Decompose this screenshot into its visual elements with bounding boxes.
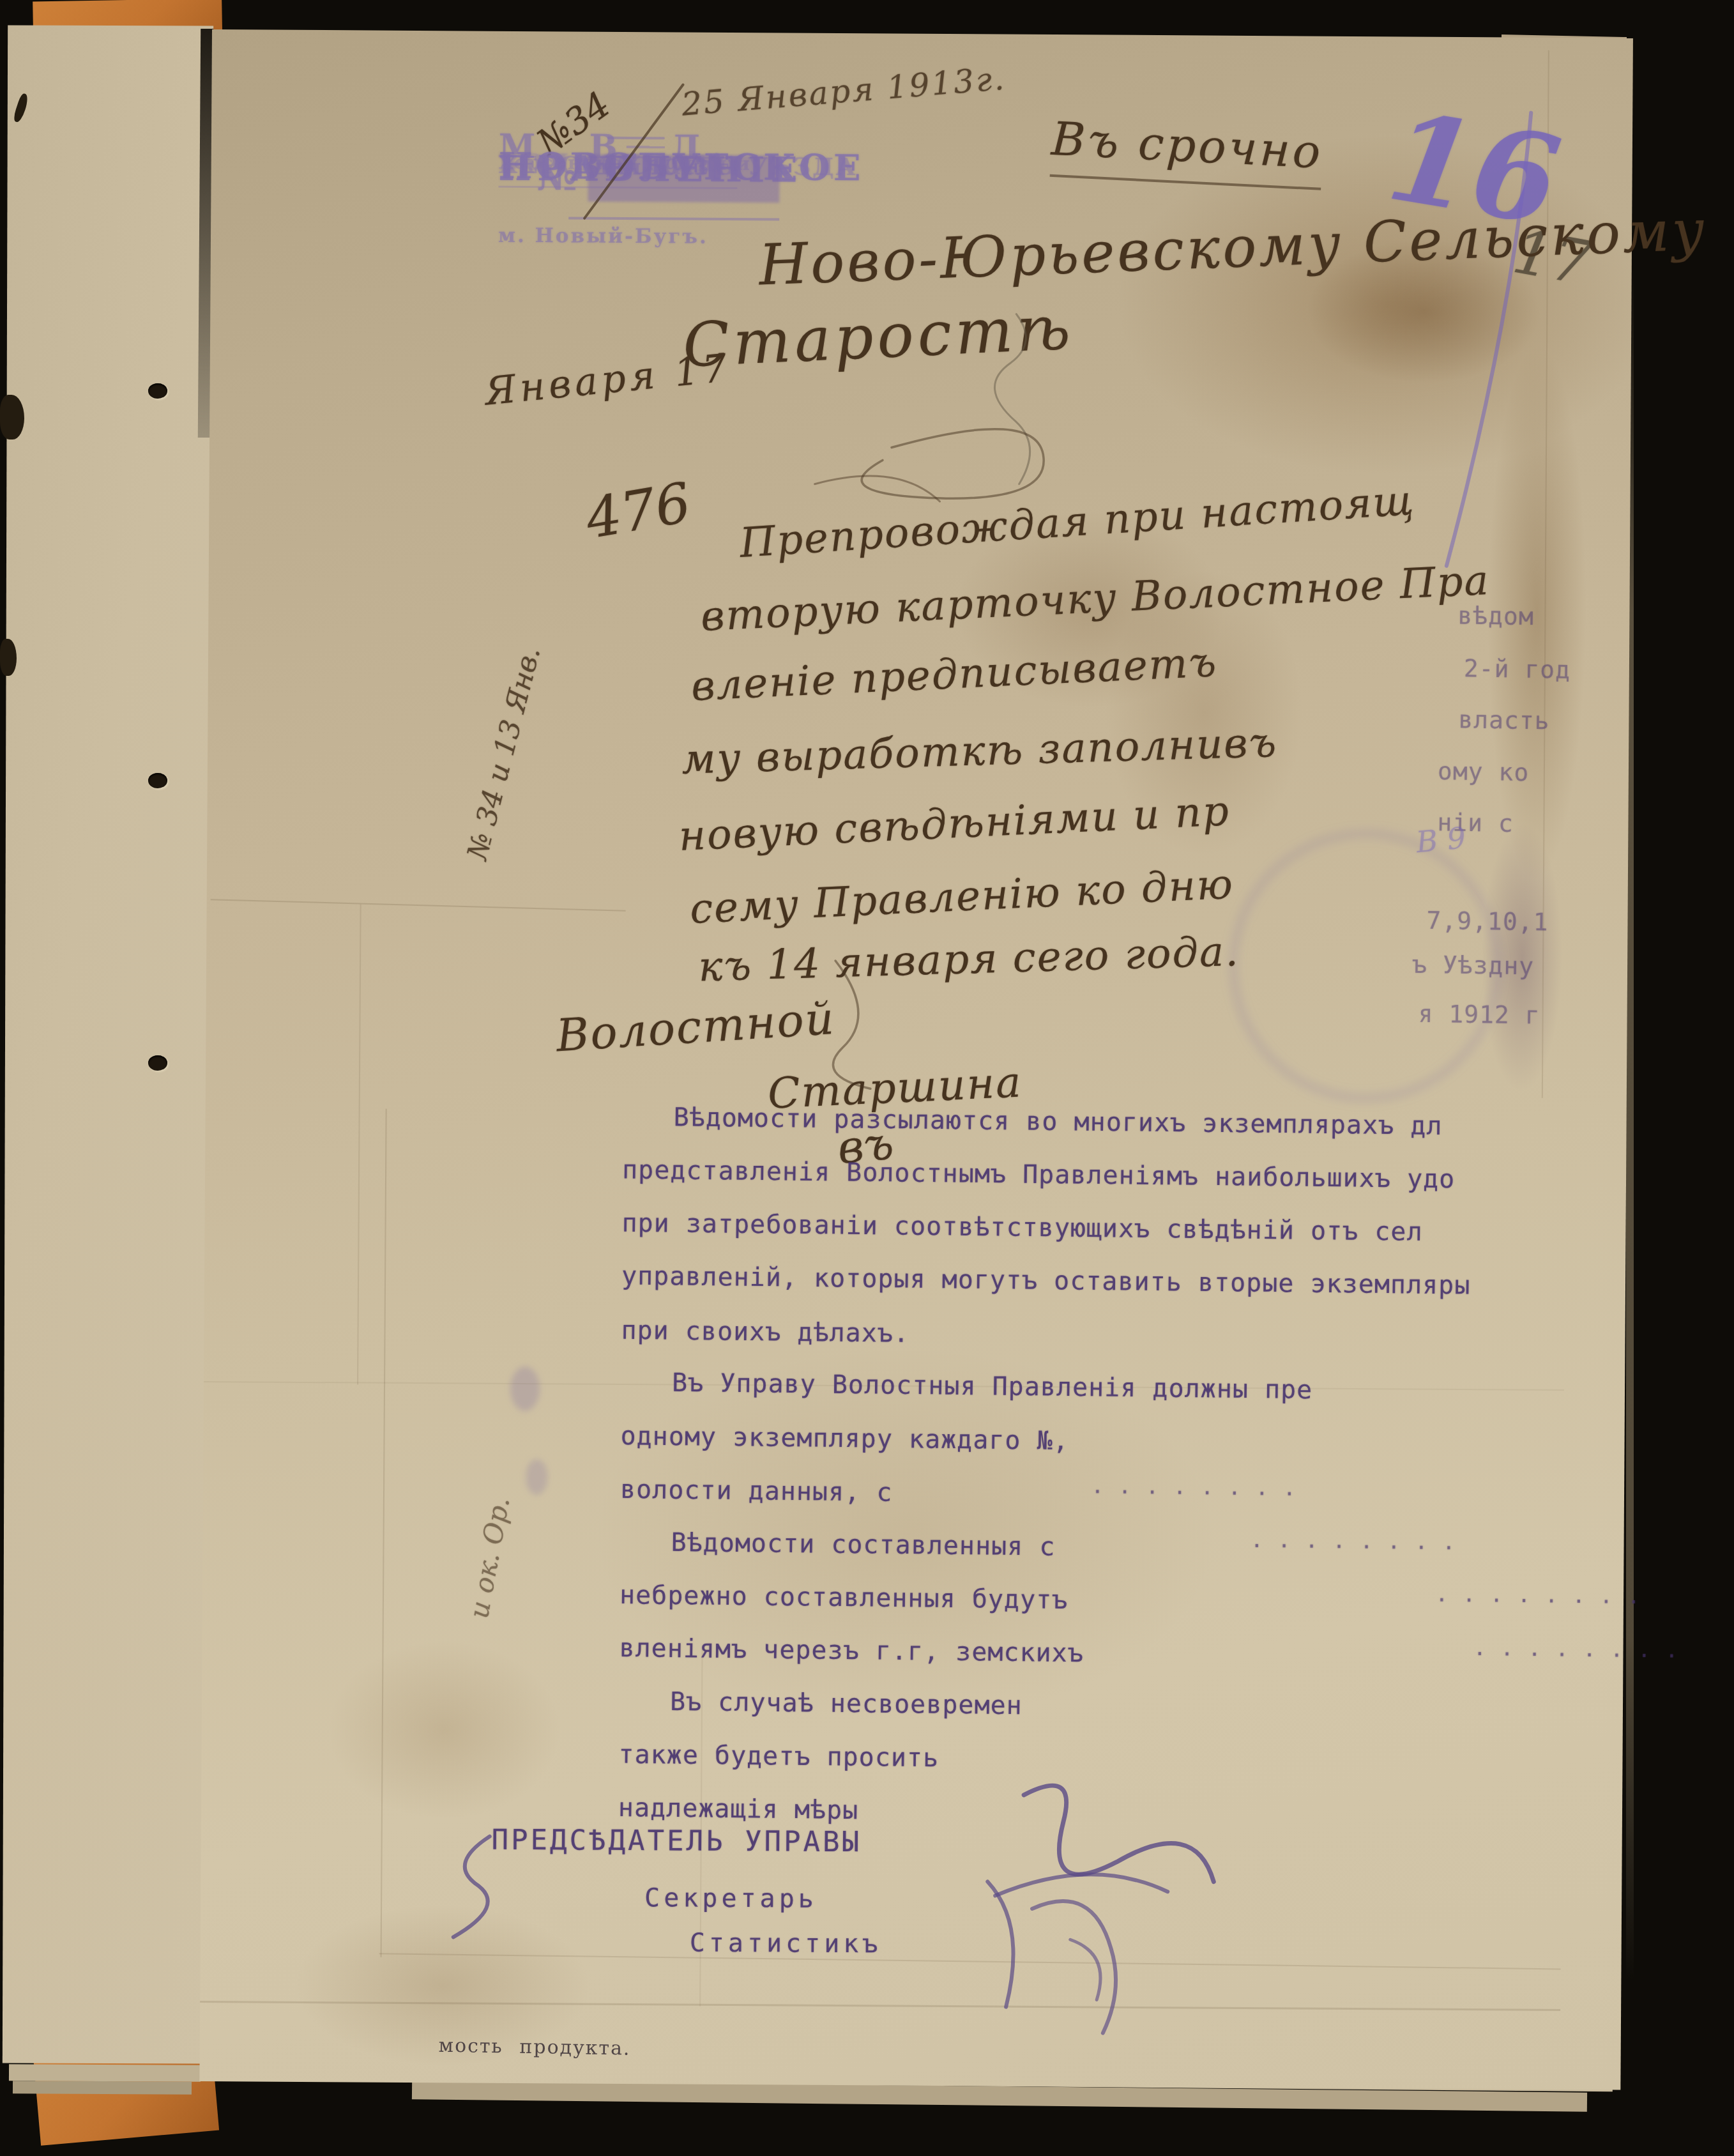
chairman-label: ПРЕДСѢДАТЕЛЬ УПРАВЫ <box>492 1824 862 1859</box>
margin-note-vertical-2: и ок. Ор. <box>463 1494 516 1621</box>
body-line: къ 14 января сего года. <box>697 928 1240 991</box>
typed-leader-dots: · · · · · · · · <box>1435 1587 1641 1616</box>
typed-line: при затребованіи соотвѣтствующихъ свѣдѣн… <box>621 1209 1423 1247</box>
underlay-fragment: ъ Уѣздну <box>1412 951 1535 981</box>
stamp-divider <box>627 146 665 148</box>
document-page: №34 25 Января 1913г. Въ срочно 16 17 Нов… <box>199 29 1633 2090</box>
stamp-date-handwritten: Января 17 <box>483 346 733 415</box>
ink-blot <box>510 1366 540 1411</box>
crease-line <box>357 904 361 1384</box>
typed-line: представленія Волостнымъ Правленіямъ наи… <box>622 1156 1456 1195</box>
underlay-hand-fragment: В 9 <box>1415 820 1468 859</box>
typed-line: надлежащія мѣры <box>618 1793 859 1825</box>
sheet-edge-line <box>200 2001 1560 2011</box>
urgency-note: Въ срочно <box>1050 112 1325 190</box>
underlay-fragment: я 1912 г <box>1418 1000 1540 1030</box>
body-line: сему Правленію ко дню <box>688 861 1235 933</box>
typed-leader-dots: · · · · · · · · <box>1473 1641 1678 1669</box>
punch-hole <box>148 773 167 788</box>
typed-line: Вѣдомости составленныя с <box>671 1528 1055 1562</box>
typed-leader-dots: · · · · · · · · <box>1091 1479 1297 1508</box>
underlay-fragment: власть <box>1458 705 1550 735</box>
typed-leader-dots: · · · · · · · · <box>1250 1533 1456 1561</box>
body-line: Волостной <box>554 992 837 1062</box>
typed-line: управленій, которыя могутъ оставить втор… <box>621 1261 1471 1300</box>
typed-line: Вѣдомости разсылаются во многихъ экземпл… <box>673 1103 1442 1141</box>
typed-line: небрежно составленныя будутъ <box>620 1580 1069 1615</box>
body-line: вторую карточку Волостное Пра <box>700 557 1491 641</box>
body-line: му выработкѣ заполнивъ <box>681 719 1278 784</box>
typed-line: волости данныя, с <box>620 1475 893 1508</box>
bottom-printed-fragment: мость продукта. <box>438 2035 630 2060</box>
archival-scan: №34 25 Января 1913г. Въ срочно 16 17 Нов… <box>0 0 1734 2156</box>
letterhead-stamp: М. В. Д. НОВОБУГСКОЕ ВОЛОСТНОЕ ПРАВЛЕНІЕ… <box>498 127 850 226</box>
secretary-label: Секретарь <box>644 1883 818 1914</box>
stamp-number-label: № <box>536 155 577 199</box>
underlay-fragment: 2-й год <box>1464 654 1571 684</box>
sheet-edge <box>9 2064 201 2082</box>
ink-speck <box>0 395 24 440</box>
typed-line: Въ случаѣ несвоевремен <box>670 1687 1023 1720</box>
underlay-fragment: вѣдом <box>1457 601 1534 631</box>
sheet-edge-line <box>379 1953 1561 1969</box>
typed-line: одному экземпляру каждаго №, <box>620 1421 1069 1456</box>
typed-line: при своихъ дѣлахъ. <box>621 1316 909 1349</box>
address-line-2: Старостѣ <box>681 293 1076 381</box>
stamp-place: м. Новый-Бугъ. <box>498 224 708 248</box>
stamp-divider <box>568 217 779 220</box>
underlay-fragment: ому ко <box>1438 757 1530 786</box>
body-line: новую свѣдѣніями и пр <box>678 788 1231 860</box>
pasted-sheet-edge <box>381 1109 387 1957</box>
crease-line <box>211 899 626 912</box>
sheet-edge <box>13 2081 192 2094</box>
body-line: вленіе предписываетъ <box>690 639 1219 710</box>
typed-line: также будетъ просить <box>618 1740 939 1773</box>
punch-hole <box>148 1055 167 1071</box>
stamp-divider <box>607 137 665 140</box>
stamp-number-row: № <box>498 151 850 217</box>
underlay-fragment: 7,9,10,1 <box>1426 906 1549 937</box>
stamp-number-handwritten: 476 <box>581 471 696 551</box>
body-line: Препровождая при настоящ <box>738 477 1416 567</box>
left-page-sheet <box>3 26 213 2064</box>
ink-blot <box>526 1459 547 1495</box>
typed-line: Въ Управу Волостныя Правленія должны пре <box>672 1368 1313 1405</box>
ink-speck <box>0 639 17 676</box>
received-date-note: 25 Января 1913г. <box>680 59 1007 123</box>
stamp-number-box <box>588 155 779 203</box>
statistician-label: Статистикъ <box>690 1929 882 1959</box>
typed-line: вленіямъ черезъ г.г, земскихъ <box>619 1633 1084 1668</box>
margin-note-vertical-1: № 34 и 13 Янв. <box>461 643 547 863</box>
punch-hole <box>148 383 167 399</box>
